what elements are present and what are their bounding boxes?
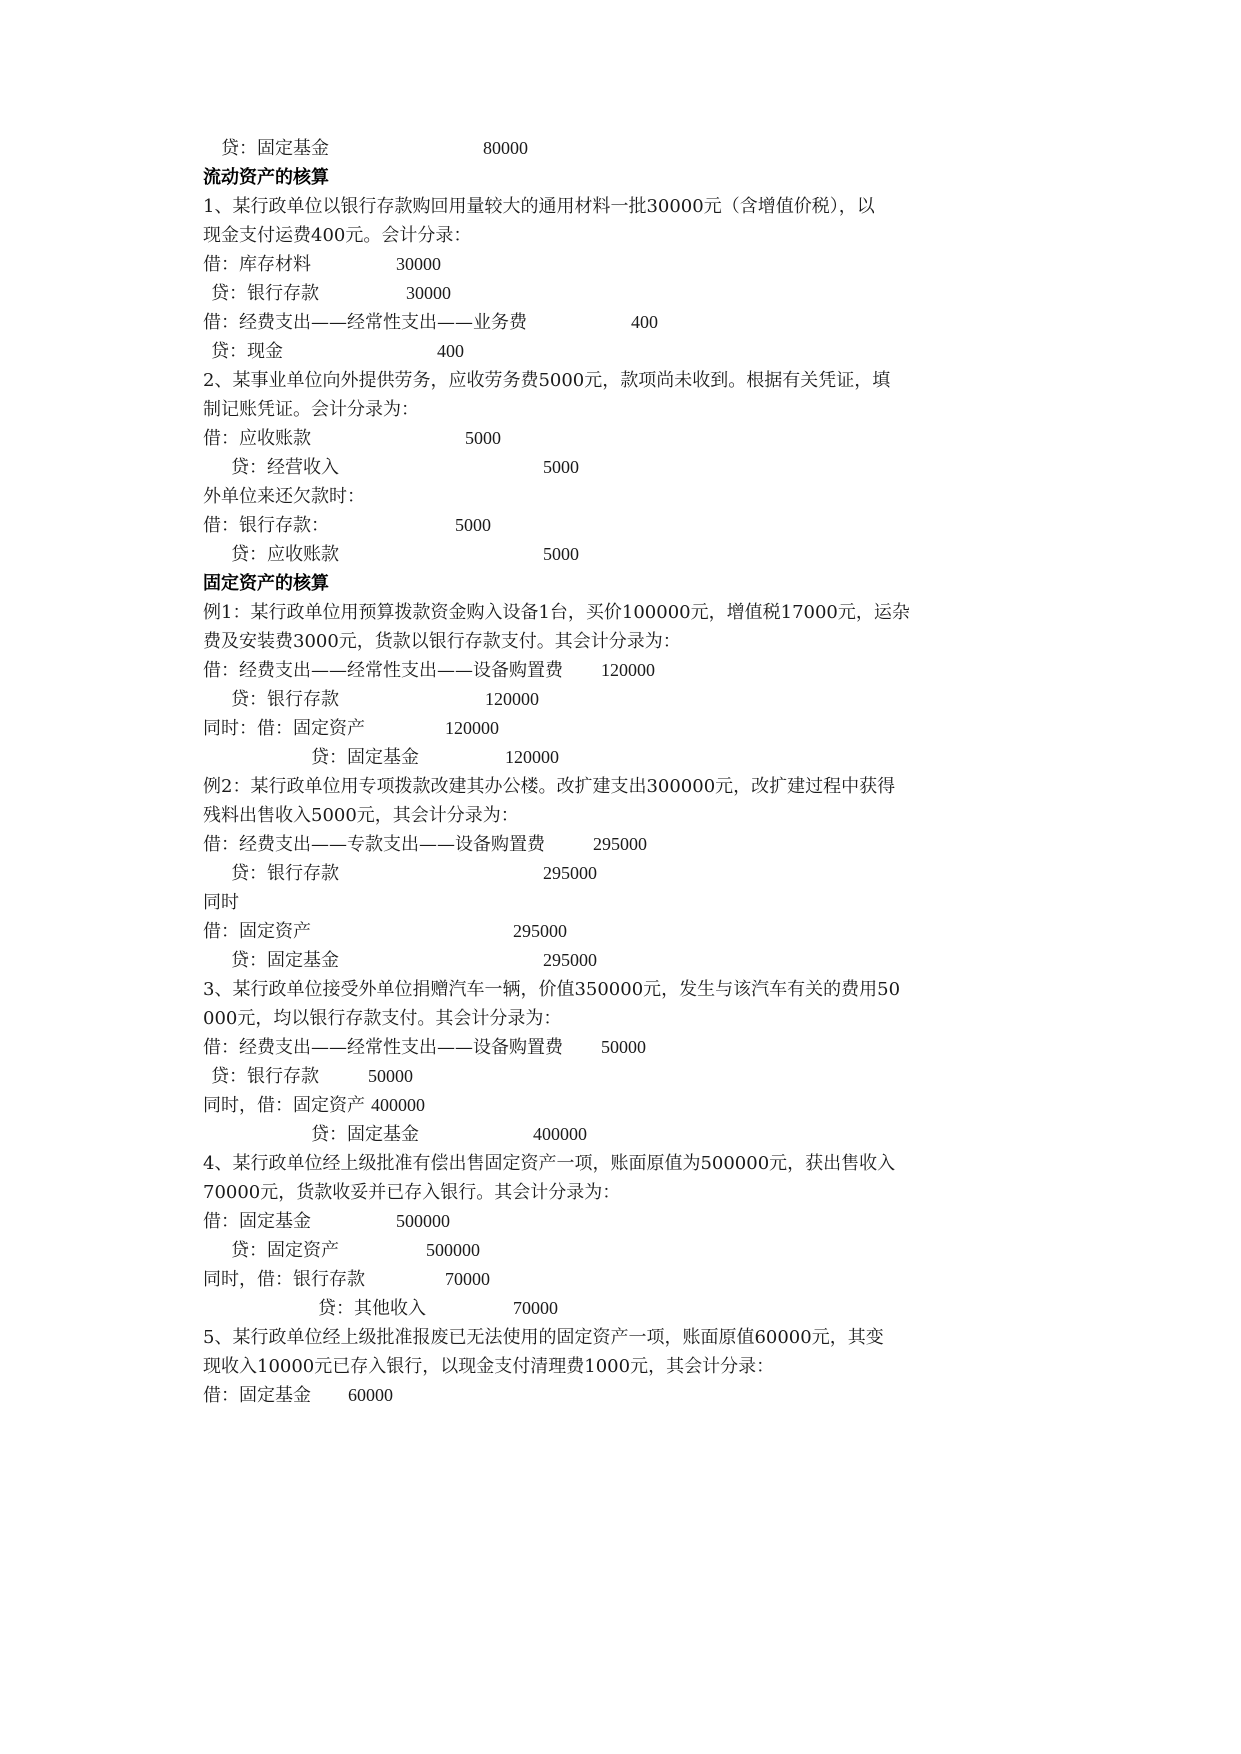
entry-amount: 500000 [396, 1207, 450, 1236]
entry-account: 借：固定资产 [203, 917, 311, 946]
entry-account: 同时，借：银行存款 [203, 1265, 365, 1294]
entry-account: 借：应收账款 [203, 424, 311, 453]
entry-amount: 120000 [601, 656, 655, 685]
paragraph-line: 000元，均以银行存款支付。其会计分录为： [203, 1004, 561, 1033]
entry-account: 借：经费支出——经常性支出——设备购置费 [203, 1033, 563, 1062]
entry-amount: 70000 [513, 1294, 558, 1323]
entry-account: 借：经费支出——专款支出——设备购置费 [203, 830, 545, 859]
paragraph-line: 现金支付运费400元。会计分录： [203, 221, 471, 250]
entry-account: 贷：银行存款 [211, 279, 319, 308]
entry-account: 贷：银行存款 [231, 685, 339, 714]
entry-amount: 400000 [371, 1091, 425, 1120]
entry-amount: 400 [631, 308, 658, 337]
entry-amount: 295000 [593, 830, 647, 859]
entry-account: 借：固定基金 [203, 1381, 311, 1410]
entry-account: 同时，借：固定资产 [203, 1091, 365, 1120]
paragraph-line: 3、某行政单位接受外单位捐赠汽车一辆，价值350000元，发生与该汽车有关的费用… [203, 975, 900, 1004]
entry-account: 贷：银行存款 [231, 859, 339, 888]
paragraph-line: 制记账凭证。会计分录为： [203, 395, 419, 424]
paragraph-line: 例1：某行政单位用预算拨款资金购入设备1台，买价100000元，增值税17000… [203, 598, 910, 627]
entry-amount: 500000 [426, 1236, 480, 1265]
entry-amount: 295000 [543, 946, 597, 975]
paragraph-line: 费及安装费3000元，货款以银行存款支付。其会计分录为： [203, 627, 681, 656]
entry-amount: 50000 [368, 1062, 413, 1091]
paragraph-line: 2、某事业单位向外提供劳务，应收劳务费5000元，款项尚未收到。根据有关凭证，填 [203, 366, 890, 395]
paragraph-line: 1、某行政单位以银行存款购回用量较大的通用材料一批30000元（含增值价税），以 [203, 192, 875, 221]
entry-account: 贷：现金 [211, 337, 283, 366]
entry-account: 借：库存材料 [203, 250, 311, 279]
paragraph-line: 70000元，货款收妥并已存入银行。其会计分录为： [203, 1178, 620, 1207]
entry-amount: 120000 [505, 743, 559, 772]
entry-amount: 5000 [455, 511, 491, 540]
section-heading: 固定资产的核算 [203, 569, 329, 598]
entry-amount: 295000 [513, 917, 567, 946]
paragraph-line: 现收入10000元已存入银行，以现金支付清理费1000元，其会计分录： [203, 1352, 774, 1381]
entry-amount: 50000 [601, 1033, 646, 1062]
entry-account: 借：银行存款： [203, 511, 329, 540]
document-page: 贷：固定基金 80000 流动资产的核算 1、某行政单位以银行存款购回用量较大的… [0, 0, 1241, 1754]
entry-account: 借：经费支出——经常性支出——设备购置费 [203, 656, 563, 685]
entry-amount: 30000 [396, 250, 441, 279]
section-heading: 流动资产的核算 [203, 163, 329, 192]
entry-account: 借：经费支出——经常性支出——业务费 [203, 308, 527, 337]
entry-account: 借：固定基金 [203, 1207, 311, 1236]
paragraph-line: 5、某行政单位经上级批准报废已无法使用的固定资产一项，账面原值60000元，其变 [203, 1323, 884, 1352]
entry-account: 贷：固定资产 [231, 1236, 339, 1265]
entry-amount: 120000 [485, 685, 539, 714]
entry-amount: 120000 [445, 714, 499, 743]
entry-account: 贷：应收账款 [231, 540, 339, 569]
entry-amount: 80000 [483, 134, 528, 163]
entry-account: 同时：借：固定资产 [203, 714, 365, 743]
entry-account: 贷：固定基金 [311, 743, 419, 772]
entry-amount: 5000 [465, 424, 501, 453]
entry-account: 贷：固定基金 [231, 946, 339, 975]
paragraph-line: 同时 [203, 888, 239, 917]
entry-account: 贷：固定基金 [221, 134, 329, 163]
entry-amount: 60000 [348, 1381, 393, 1410]
entry-account: 贷：其他收入 [318, 1294, 426, 1323]
entry-amount: 70000 [445, 1265, 490, 1294]
entry-amount: 400000 [533, 1120, 587, 1149]
paragraph-line: 外单位来还欠款时： [203, 482, 365, 511]
entry-account: 贷：固定基金 [311, 1120, 419, 1149]
entry-amount: 30000 [406, 279, 451, 308]
paragraph-line: 例2：某行政单位用专项拨款改建其办公楼。改扩建支出300000元，改扩建过程中获… [203, 772, 895, 801]
entry-amount: 5000 [543, 540, 579, 569]
entry-amount: 5000 [543, 453, 579, 482]
paragraph-line: 残料出售收入5000元，其会计分录为： [203, 801, 519, 830]
entry-account: 贷：经营收入 [231, 453, 339, 482]
entry-amount: 295000 [543, 859, 597, 888]
entry-account: 贷：银行存款 [211, 1062, 319, 1091]
paragraph-line: 4、某行政单位经上级批准有偿出售固定资产一项，账面原值为500000元，获出售收… [203, 1149, 895, 1178]
entry-amount: 400 [437, 337, 464, 366]
